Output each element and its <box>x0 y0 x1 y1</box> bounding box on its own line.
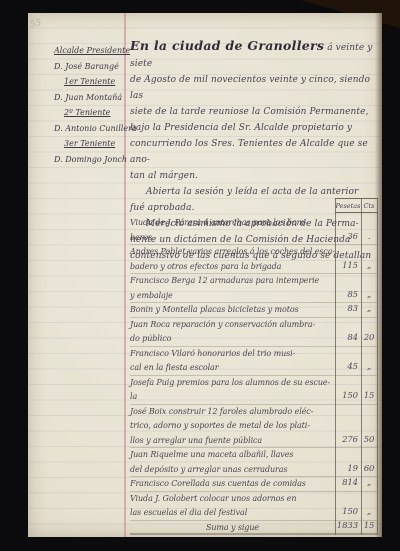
margin-entry-title: 3er Teniente <box>64 136 126 152</box>
suma-pesetas: 1833 <box>335 519 361 534</box>
pencil-mark: 55 <box>29 18 42 30</box>
account-row: Francisco Berga 12 armaduras para intemp… <box>130 274 377 303</box>
amount-cts: 15 <box>361 389 377 404</box>
account-desc: Andres Poblet varios arreglos á los coch… <box>130 245 335 274</box>
city-heading: En la ciudad de Granollers <box>130 38 324 53</box>
account-desc: Viuda J. Golobert colocar unos adornos e… <box>130 492 335 521</box>
suma-row: Suma y sigue 1833 15 <box>130 521 377 536</box>
amount-cts: „ <box>361 302 377 317</box>
account-row: Andres Poblet varios arreglos á los coch… <box>130 245 377 274</box>
margin-entry-name: D. Antonio Cunillera <box>54 121 126 137</box>
amount-cts: 20 <box>361 331 377 346</box>
amount-cts: „ <box>361 259 377 274</box>
account-desc: Bonin y Montella placas bicicletas y mot… <box>130 303 335 318</box>
account-desc: Viuda de J. Parera 4 antorchas para los … <box>130 216 335 245</box>
account-row: Josefa Puig premios para los alumnos de … <box>130 376 377 405</box>
amount-cts: „ <box>361 288 377 303</box>
suma-cts: 15 <box>361 519 377 534</box>
paper: 55 Alcalde Presidente D. José Barangé 1e… <box>28 13 382 537</box>
amount-pesetas: 115 <box>335 259 361 274</box>
account-row: Francisco Corellada sus cuentas de comid… <box>130 477 377 492</box>
account-row: Juan Roca reparación y conservación alum… <box>130 318 377 347</box>
account-row: Bonin y Montella placas bicicletas y mot… <box>130 303 377 318</box>
account-row: José Boix construir 12 faroles alumbrado… <box>130 405 377 449</box>
amount-pesetas: 45 <box>335 360 361 375</box>
account-desc: Juan Roca reparación y conservación alum… <box>130 318 335 347</box>
account-desc: Josefa Puig premios para los alumnos de … <box>130 376 335 405</box>
scanned-manuscript-page: 55 Alcalde Presidente D. José Barangé 1e… <box>0 0 400 551</box>
opening-text: á veinte y siete de Agosto de mil noveci… <box>130 43 372 181</box>
amount-pesetas: 150 <box>335 389 361 404</box>
account-desc: Francisco Vilaró honorarios del trio mus… <box>130 347 335 376</box>
margin-entry-name: D. Juan Montañá <box>54 90 126 106</box>
pesetas-column-header: Pesetas <box>335 202 361 210</box>
account-desc: Juan Riquelme una maceta albañil, llaves… <box>130 448 335 477</box>
cts-column-header: Cts <box>361 202 377 210</box>
amount-cts: „ <box>361 360 377 375</box>
accounts-column-headers: Pesetas Cts <box>335 198 378 213</box>
margin-officials-list: Alcalde Presidente D. José Barangé 1er T… <box>54 43 126 167</box>
account-row: Francisco Vilaró honorarios del trio mus… <box>130 347 377 376</box>
accounts-table: Viuda de J. Parera 4 antorchas para los … <box>130 216 377 535</box>
amount-pesetas: 85 <box>335 288 361 303</box>
amount-pesetas: 84 <box>335 331 361 346</box>
margin-entry-name: D. Domingo Jonch <box>54 152 126 168</box>
paragraph-opening: En la ciudad de Granollersá veinte y sie… <box>130 38 382 184</box>
amount-cts: 60 <box>361 462 377 477</box>
amount-cts: „ <box>361 476 377 491</box>
account-row: Viuda J. Golobert colocar unos adornos e… <box>130 492 377 521</box>
amount-pesetas: 276 <box>335 433 361 448</box>
margin-entry-title: 1er Teniente <box>64 74 126 90</box>
amount-pesetas: 814 <box>335 476 361 491</box>
account-row: Juan Riquelme una maceta albañil, llaves… <box>130 448 377 477</box>
margin-entry-name: D. José Barangé <box>54 59 126 75</box>
amount-cts: . <box>361 230 377 245</box>
margin-entry-title: 2º Teniente <box>64 105 126 121</box>
suma-label: Suma y sigue <box>130 521 335 536</box>
amount-pesetas: 150 <box>335 505 361 520</box>
account-desc: José Boix construir 12 faroles alumbrado… <box>130 405 335 449</box>
amount-pesetas: 36 <box>335 230 361 245</box>
amount-cts: „ <box>361 505 377 520</box>
amount-pesetas: 19 <box>335 462 361 477</box>
margin-entry-title: Alcalde Presidente <box>54 43 126 59</box>
amount-cts: 50 <box>361 433 377 448</box>
amount-pesetas: 83 <box>335 302 361 317</box>
account-desc: Francisco Berga 12 armaduras para intemp… <box>130 274 335 303</box>
account-row: Viuda de J. Parera 4 antorchas para los … <box>130 216 377 245</box>
table-rule-right <box>377 198 378 535</box>
account-desc: Francisco Corellada sus cuentas de comid… <box>130 477 335 492</box>
